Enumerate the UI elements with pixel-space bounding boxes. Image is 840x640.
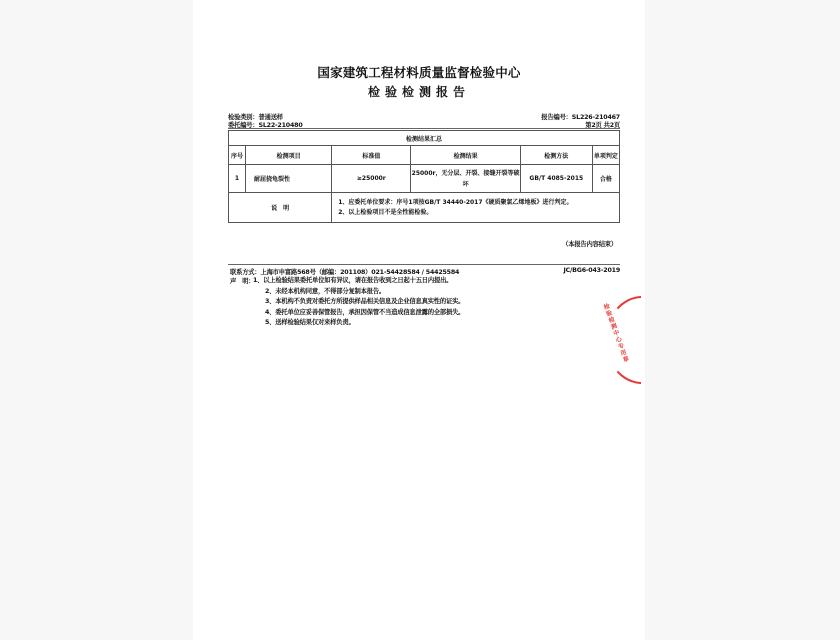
statement-1: 1、以上检验结果委托单位如有异议，请在报告收到之日起十五日内提出。 [253,276,464,287]
cell-result: 25000r，无分层、开裂、接缝开裂等破坏 [411,165,520,193]
report-title: 检验检测报告 [193,83,645,100]
cell-standard: ≥25000r [332,165,411,193]
cell-verdict: 合格 [592,165,619,193]
col-header-item: 检测项目 [246,146,332,165]
statement-2: 2、未经本机构同意，不得部分复制本报告。 [265,287,464,298]
col-header-result: 检测结果 [411,146,520,165]
statement-4: 4、委托单位应妥善保管报告，承担因保管不当造成信息泄露的全部损失。 [265,308,464,319]
header-divider [228,128,620,129]
cell-no: 1 [229,165,246,193]
statement-label: 声 明： [230,276,254,285]
col-header-verdict: 单项判定 [592,146,619,165]
remark-1: 1、应委托单位要求：序号1项按GB/T 34440-2017《硬质聚氯乙烯地板》… [338,198,619,208]
footer-divider [228,264,620,265]
remarks-content: 1、应委托单位要求：序号1项按GB/T 34440-2017《硬质聚氯乙烯地板》… [332,193,620,223]
results-table: 检测结果汇总 序号 检测项目 标准值 检测结果 检测方法 单项判定 1 耐屈挠龟… [228,130,620,223]
table-caption: 检测结果汇总 [229,131,620,146]
table-row: 1 耐屈挠龟裂性 ≥25000r 25000r，无分层、开裂、接缝开裂等破坏 G… [229,165,620,193]
report-number-label: 报告编号： [541,114,572,121]
col-header-standard: 标准值 [332,146,411,165]
form-code: JC/BG6-043-2019 [563,267,620,274]
report-page: 国家建筑工程材料质量监督检验中心 检验检测报告 检验类别：普通送样 委托编号：S… [193,0,645,640]
statement-5: 5、送样检验结果仅对来样负责。 [265,318,464,329]
col-header-no: 序号 [229,146,246,165]
col-header-method: 检测方法 [520,146,592,165]
end-note: （本报告内容结束） [562,239,617,248]
contact-info: 联系方式：上海市申富路568号（邮编：201108）021-54428584 /… [230,267,459,276]
cell-item: 耐屈挠龟裂性 [246,165,332,193]
org-name: 国家建筑工程材料质量监督检验中心 [193,63,645,81]
remark-2: 2、以上检验项目不是全性能检验。 [338,208,619,218]
remarks-row: 说 明 1、应委托单位要求：序号1项按GB/T 34440-2017《硬质聚氯乙… [229,193,620,223]
remarks-label: 说 明 [229,193,332,223]
statement-3: 3、本机构不负责对委托方所提供样品相关信息及企业信息真实性的证实。 [265,297,464,308]
cell-method: GB/T 4085-2015 [520,165,592,193]
statements-list: 1、以上检验结果委托单位如有异议，请在报告收到之日起十五日内提出。 2、未经本机… [253,276,464,329]
table-header-row: 序号 检测项目 标准值 检测结果 检测方法 单项判定 [229,146,620,165]
